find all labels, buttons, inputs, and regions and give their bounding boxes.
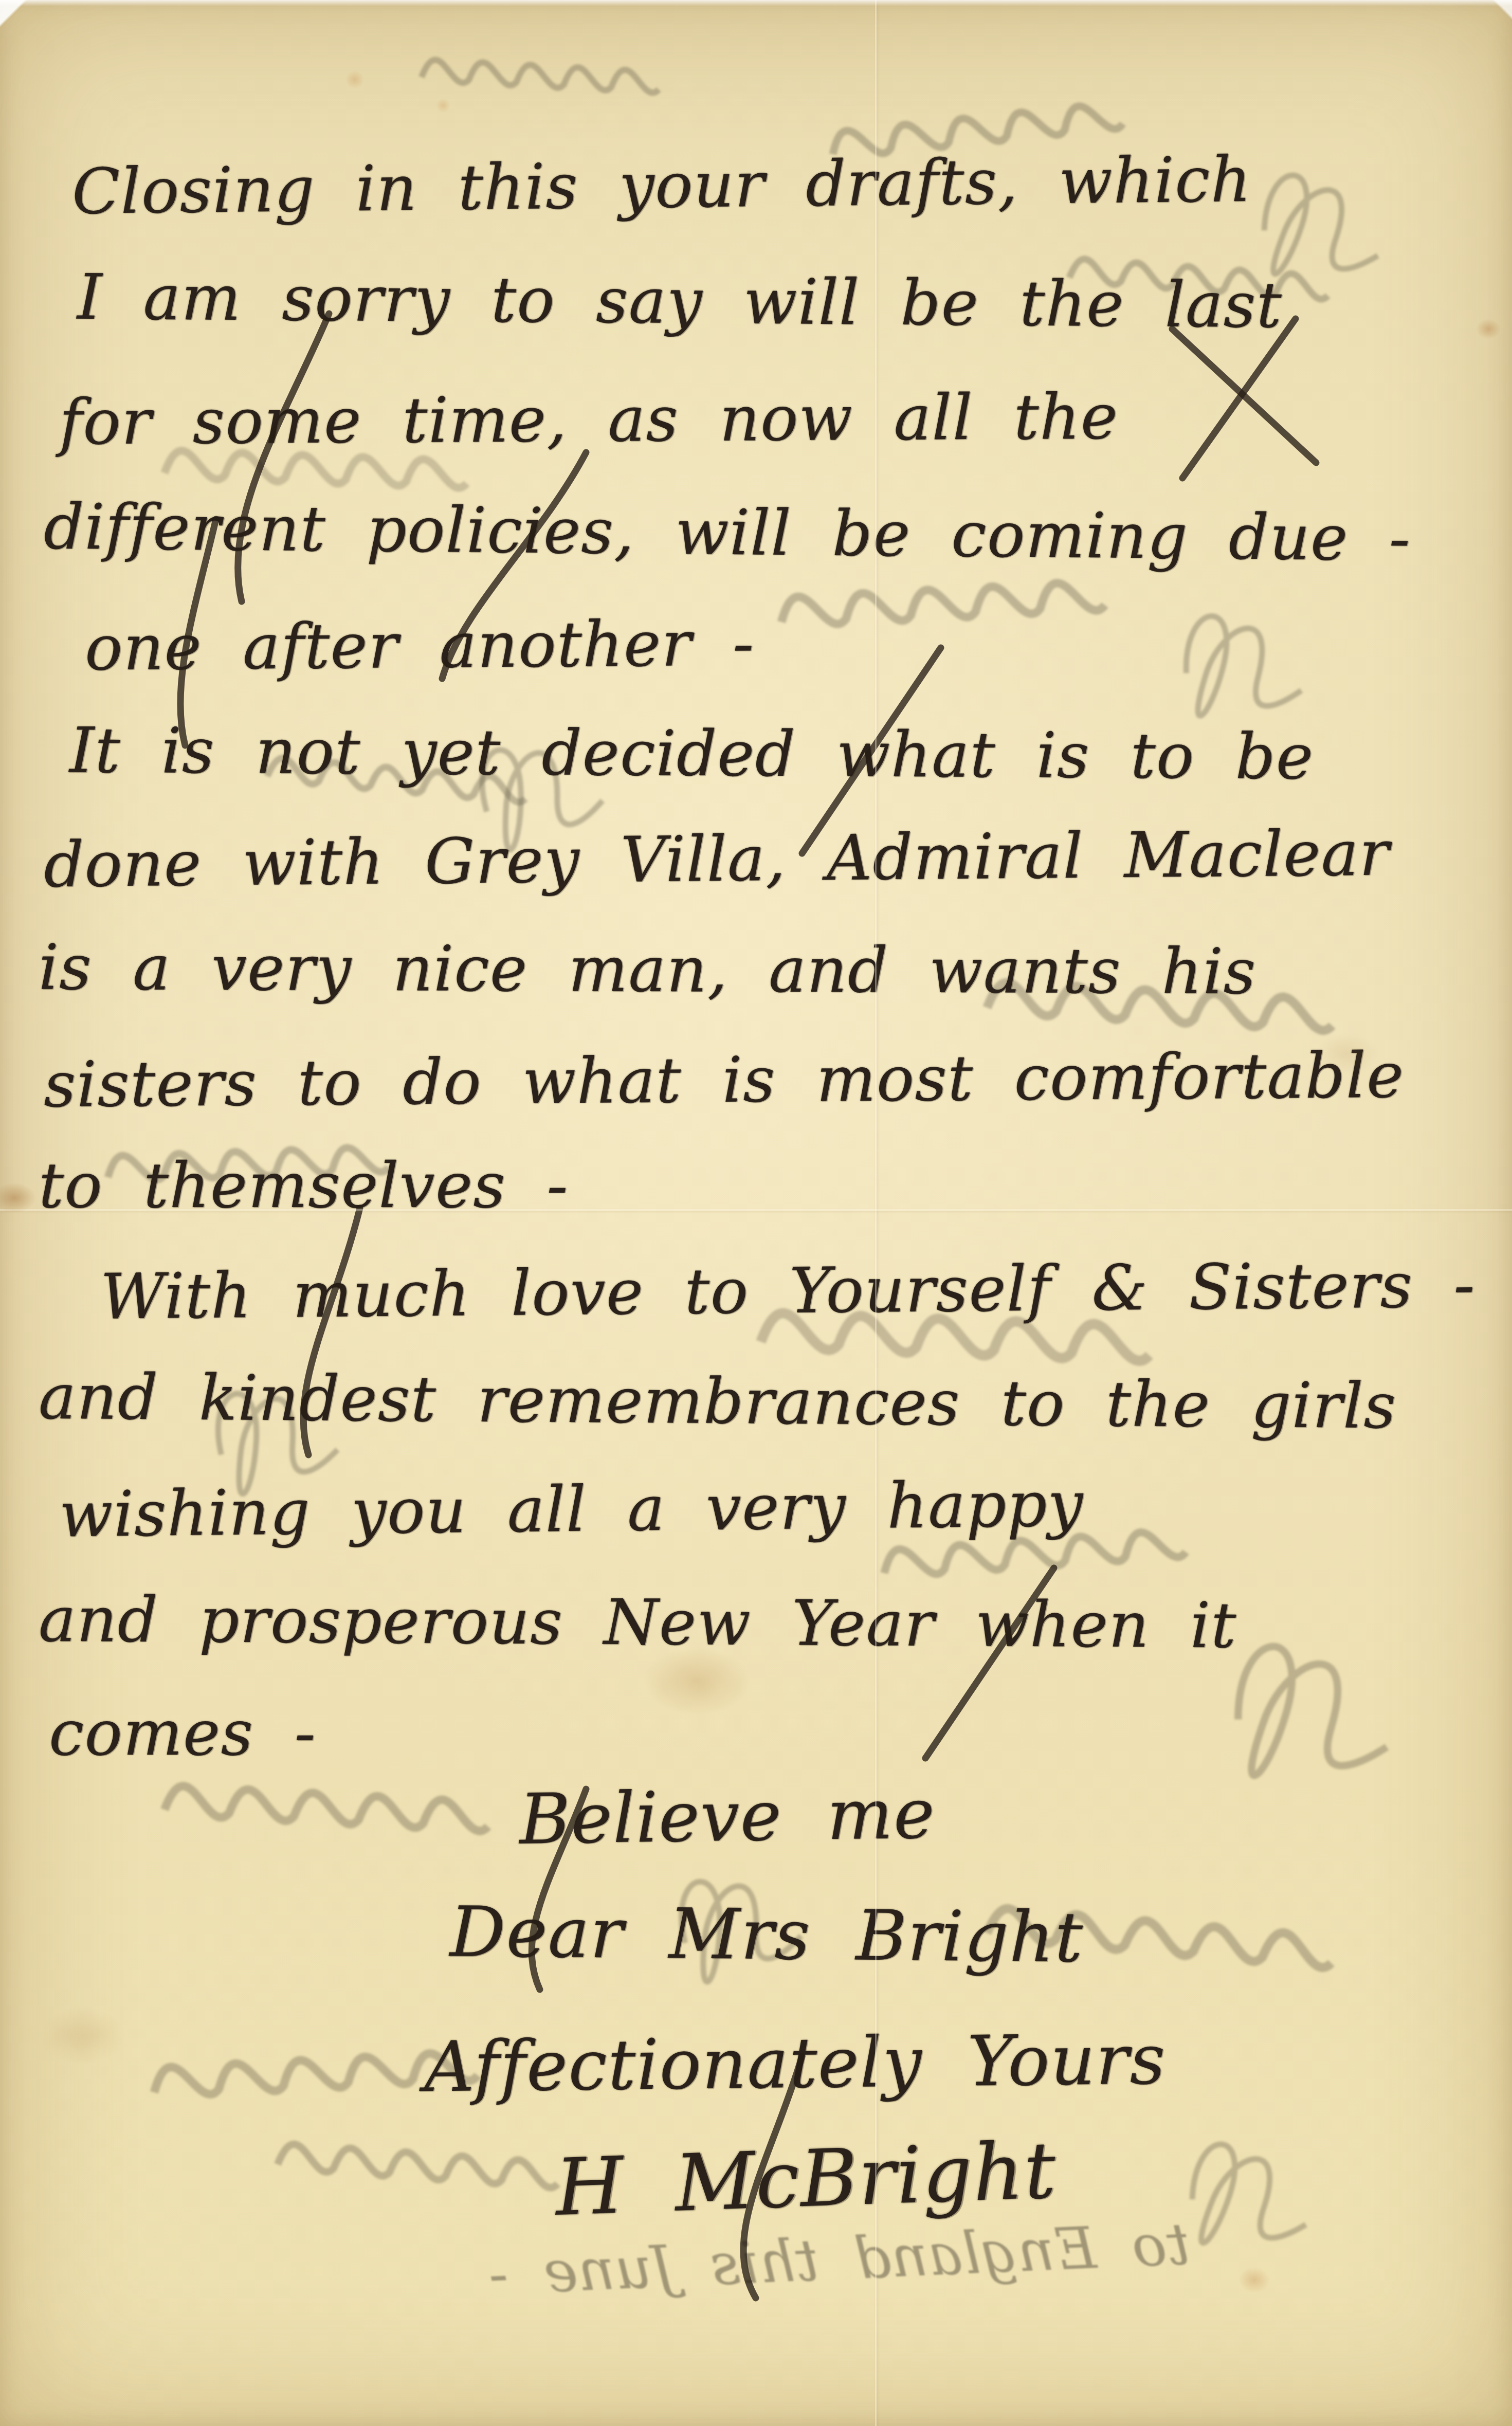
valediction-affectionately: Affectionately Yours [424, 2019, 1166, 2107]
horizontal-fold-crease [0, 1209, 1512, 1211]
vertical-fold-crease [875, 0, 877, 2426]
handwriting-line-11: With much love to Yourself & Sisters - [100, 1248, 1475, 1333]
handwriting-line-1: Closing in this your drafts, which [71, 143, 1252, 228]
handwriting-line-10: to themselves - [39, 1149, 569, 1222]
handwriting-line-2: I am sorry to say will be the last [77, 261, 1283, 342]
handwriting-line-13: wishing you all a very happy [59, 1468, 1084, 1552]
valediction-believe-me: Believe me [519, 1773, 936, 1859]
handwriting-line-3: for some time, as now all the [59, 380, 1119, 459]
handwriting-line-6: It is not yet decided what is to be [69, 714, 1314, 794]
handwriting-line-4: different policies, will be coming due - [43, 490, 1411, 575]
scan-edge-top [0, 0, 1512, 6]
scan-corner-top-right [1466, 0, 1512, 29]
letter-page: to England this June - Closing in this y… [0, 0, 1512, 2426]
handwriting-line-14: and prosperous New Year when it [39, 1583, 1237, 1662]
handwriting-line-8: is a very nice man, and wants his [39, 931, 1256, 1008]
handwriting-line-12: and kindest remembrances to the girls [39, 1360, 1397, 1443]
signature: H McBright [554, 2125, 1058, 2233]
handwriting-line-7: done with Grey Villa, Admiral Maclear [43, 817, 1390, 902]
handwriting-layer: Closing in this your drafts, which I am … [0, 0, 1512, 2426]
valediction-dear-mrs-bright: Dear Mrs Bright [449, 1892, 1084, 1978]
scan-corner-top-left [0, 0, 57, 36]
handwriting-line-15: comes - [49, 1697, 316, 1770]
handwriting-line-5: one after another - [85, 607, 755, 684]
handwriting-line-9: sisters to do what is most comfortable [44, 1039, 1405, 1121]
